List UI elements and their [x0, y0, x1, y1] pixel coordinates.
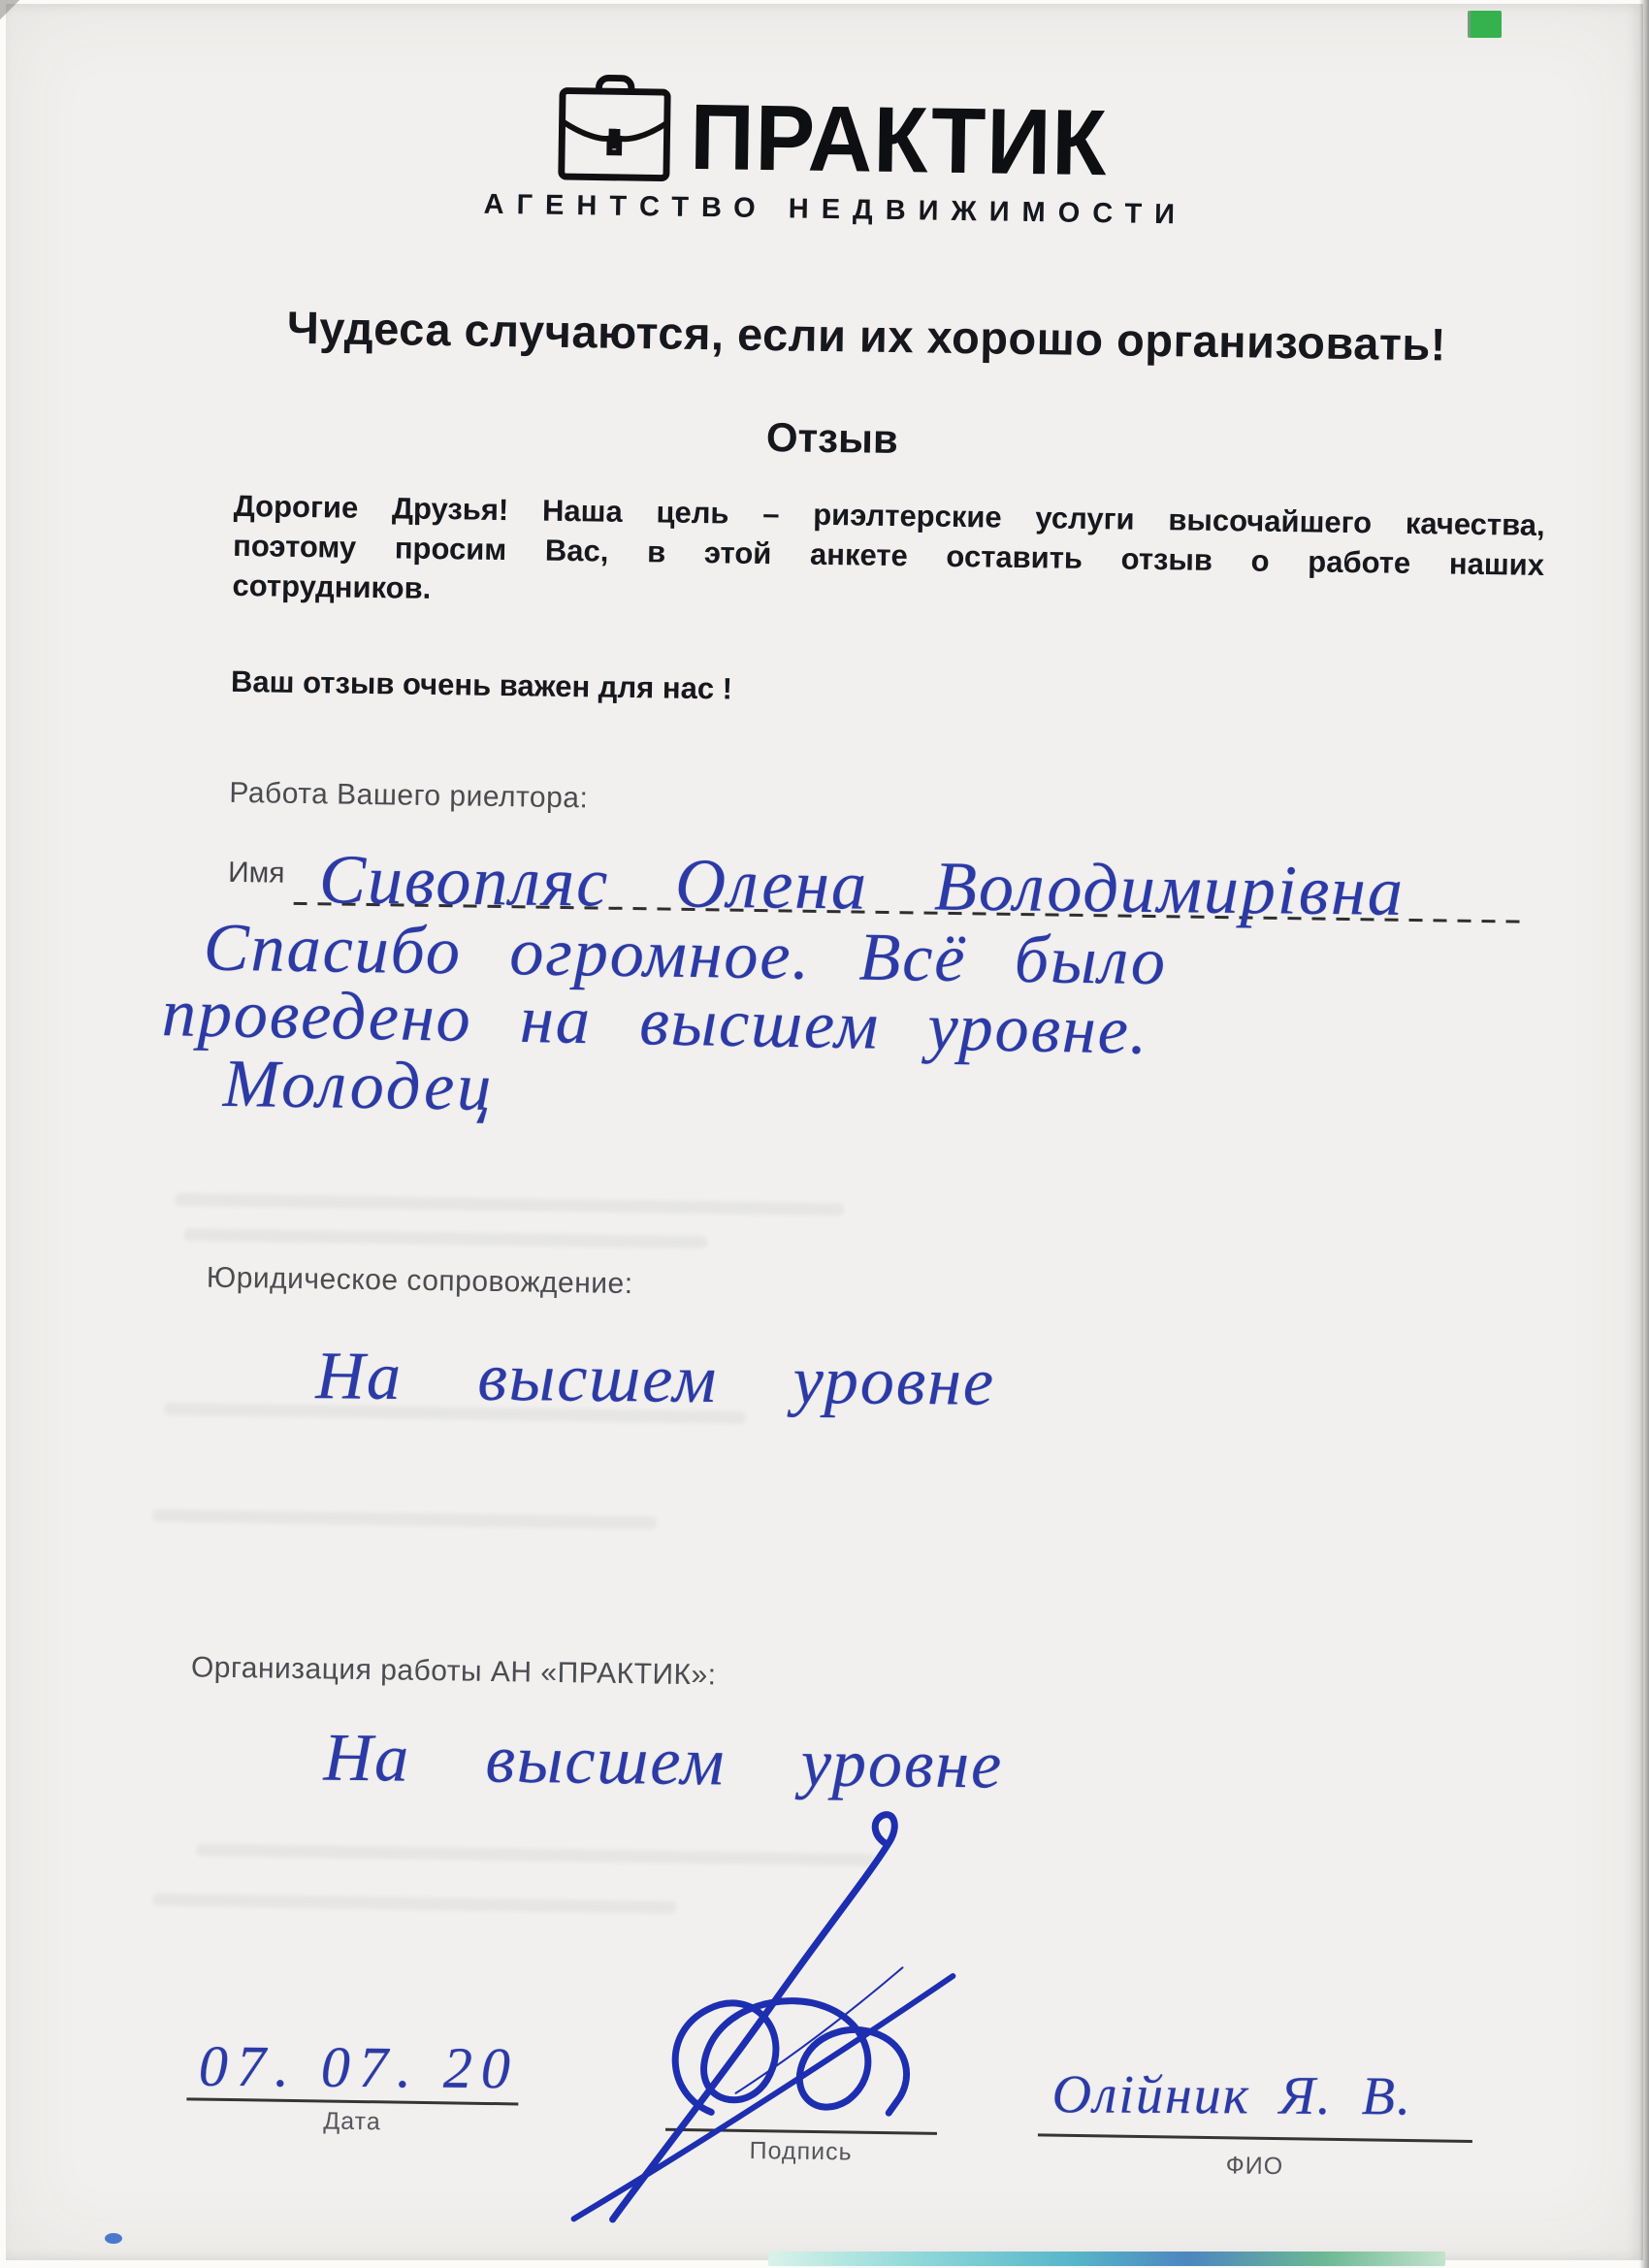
scan-artifact-right-edge [1639, 0, 1649, 2268]
scanned-feedback-form: ПРАКТИК АГЕНТСТВО НЕДВИЖИМОСТИ Чудеса сл… [0, 0, 1649, 2268]
scan-artifact-bleedthrough [184, 1228, 708, 1248]
name-field-label: Имя [228, 857, 285, 891]
brand-tagline: АГЕНТСТВО НЕДВИЖИМОСТИ [483, 189, 1187, 232]
fio-line [1038, 2133, 1472, 2143]
section-label-organization: Организация работы АН «ПРАКТИК»: [191, 1651, 717, 1692]
scan-artifact-green-mark [1471, 11, 1502, 38]
scan-content: ПРАКТИК АГЕНТСТВО НЕДВИЖИМОСТИ Чудеса сл… [0, 0, 1649, 2268]
scan-artifact-color-strip [768, 2252, 1445, 2266]
scan-artifact-corner [0, 0, 25, 25]
brand-name: ПРАКТИК [690, 91, 1109, 190]
agency-logo: ПРАКТИК АГЕНТСТВО НЕДВИЖИМОСТИ [16, 64, 1649, 239]
fio-label: ФИО [1037, 2149, 1471, 2184]
section-label-legal: Юридическое сопровождение: [207, 1262, 633, 1302]
paper-sheet: ПРАКТИК АГЕНТСТВО НЕДВИЖИМОСТИ Чудеса сл… [6, 4, 1643, 2260]
scan-artifact-bleedthrough [175, 1193, 844, 1215]
signature-scribble [559, 1766, 992, 2237]
scan-artifact-ink-dot [105, 2233, 122, 2244]
intro-paragraph: Дорогие Друзья! Наша цель – риэлтерские … [232, 486, 1545, 625]
handwritten-fio: Олійник Я. В. [1051, 2067, 1412, 2123]
handwritten-date: 07. 07. 20 [199, 2037, 519, 2098]
briefcase-icon [557, 72, 673, 184]
slogan: Чудеса случаются, если их хорошо организ… [48, 297, 1649, 374]
date-label: Дата [186, 2105, 518, 2138]
scan-artifact-bleedthrough [152, 1509, 657, 1530]
handwritten-review-line: Молодец [222, 1051, 494, 1122]
section-label-realtor: Работа Вашего риелтора: [229, 777, 588, 815]
intro-note: Ваш отзыв очень важен для нас ! [231, 664, 733, 707]
form-title: Отзыв [14, 404, 1649, 474]
